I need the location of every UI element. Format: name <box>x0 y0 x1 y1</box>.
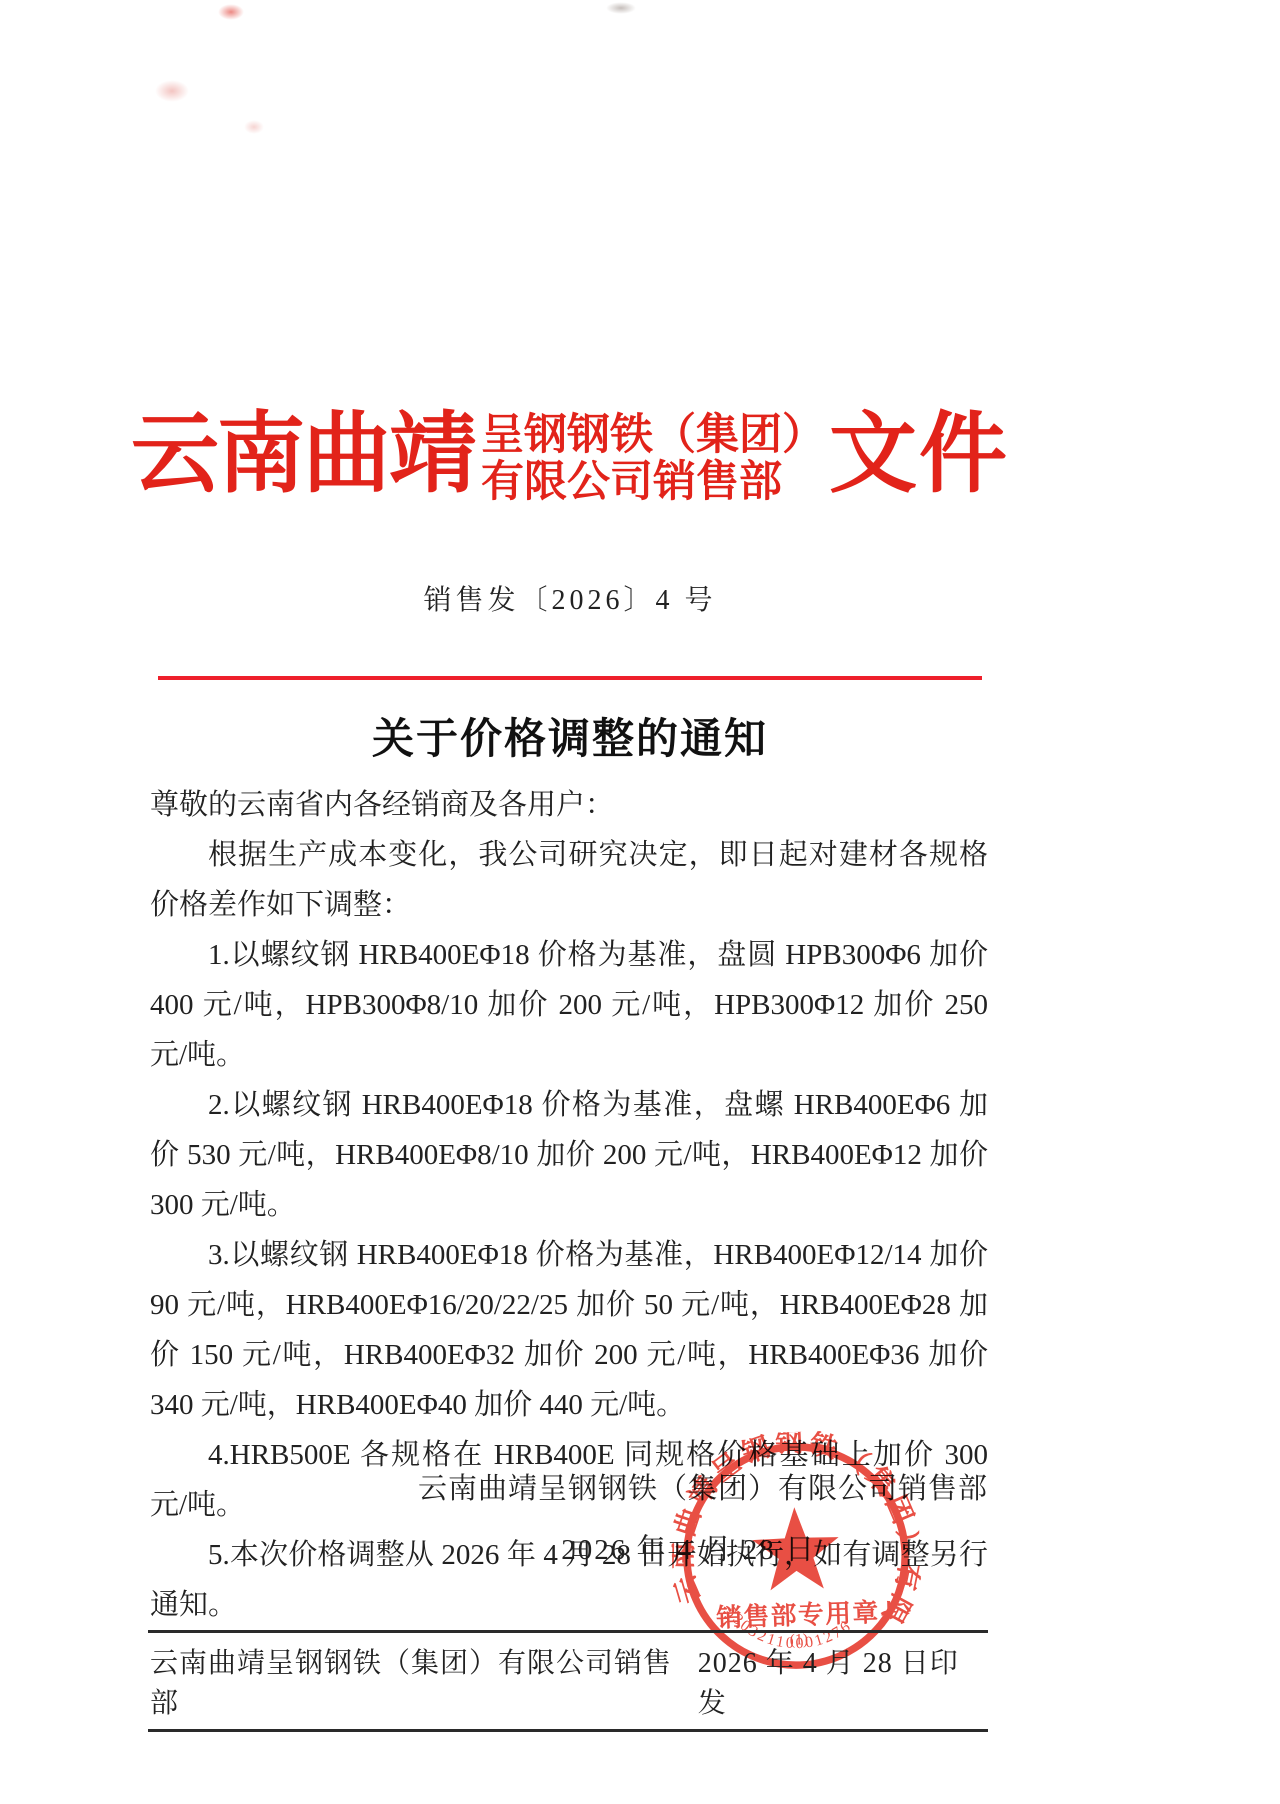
letterhead-brand-secondary-line2: 有限公司销售部 <box>481 459 825 506</box>
paragraph-item-1: 1.以螺纹钢 HRB400EΦ18 价格为基准，盘圆 HPB300Φ6 加价 4… <box>150 930 988 1080</box>
letterhead-brand-secondary-line1: 呈钢钢铁（集团） <box>481 412 825 459</box>
footer-rule-bottom <box>148 1729 988 1732</box>
footer-issuer: 云南曲靖呈钢钢铁（集团）有限公司销售部 <box>150 1641 698 1721</box>
document-page: 云南曲靖 呈钢钢铁（集团） 有限公司销售部 文件 销售发〔2026〕4 号 关于… <box>0 0 1280 1804</box>
letterhead-brand-suffix: 文件 <box>829 406 1009 506</box>
letterhead-brand-secondary: 呈钢钢铁（集团） 有限公司销售部 <box>475 406 829 506</box>
document-title: 关于价格调整的通知 <box>150 706 990 766</box>
letterhead: 云南曲靖 呈钢钢铁（集团） 有限公司销售部 文件 <box>150 406 990 506</box>
scan-artifact <box>606 2 636 14</box>
scan-artifact <box>218 4 244 20</box>
footer: 云南曲靖呈钢钢铁（集团）有限公司销售部 2026 年 4 月 28 日印发 <box>148 1630 988 1732</box>
paragraph-intro: 根据生产成本变化，我公司研究决定，即日起对建材各规格价格差作如下调整： <box>150 830 988 930</box>
document-number: 销售发〔2026〕4 号 <box>150 578 990 618</box>
paragraph-item-3: 3.以螺纹钢 HRB400EΦ18 价格为基准，HRB400EΦ12/14 加价… <box>150 1230 988 1430</box>
footer-issue-date: 2026 年 4 月 28 日印发 <box>698 1641 986 1721</box>
salutation: 尊敬的云南省内各经销商及各用户： <box>150 780 988 830</box>
paragraph-item-2: 2.以螺纹钢 HRB400EΦ18 价格为基准，盘螺 HRB400EΦ6 加价 … <box>150 1080 988 1230</box>
letterhead-brand-primary: 云南曲靖 <box>131 406 475 506</box>
stamp-star-icon <box>751 1506 840 1591</box>
scan-artifact <box>244 120 264 134</box>
scan-artifact <box>155 80 189 102</box>
red-divider-rule <box>158 676 982 680</box>
